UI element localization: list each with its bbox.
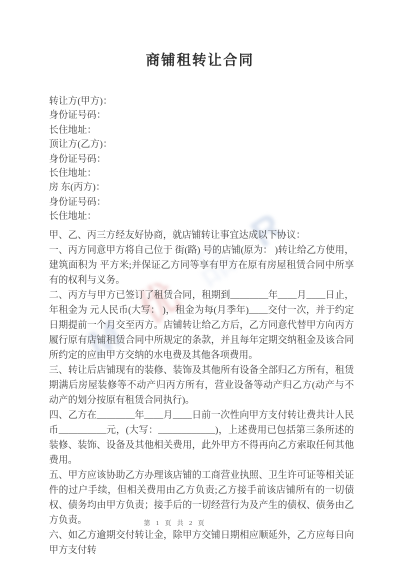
party-info-block: 转让方(甲方)： 身份证号码： 长住地址： 顶让方(乙方)： 身份证号码： 长住… xyxy=(49,95,354,225)
document-body: 转让方(甲方)： 身份证号码： 长住地址： 顶让方(乙方)： 身份证号码： 长住… xyxy=(49,95,354,559)
party-line-transferee: 顶让方(乙方)： xyxy=(49,138,354,152)
party-line-id-number: 身份证号码： xyxy=(49,109,354,123)
party-line-id-number: 身份证号码： xyxy=(49,153,354,167)
party-line-landlord: 房 东(丙方)： xyxy=(49,181,354,195)
party-line-address: 长住地址： xyxy=(49,167,354,181)
party-line-transferor: 转让方(甲方)： xyxy=(49,95,354,109)
party-line-address: 长住地址： xyxy=(49,124,354,138)
contract-page: M 优 品 R 商铺租转让合同 转让方(甲方)： 身份证号码： 长住地址： 顶让… xyxy=(0,0,400,565)
clause-3: 三、转让后店铺现有的装修、装饰及其他所有设备全部归乙方所有，租赁期满后房屋装修等… xyxy=(49,364,354,409)
clause-2: 二、丙方与甲方已签订了租赁合同，租期到________年____月____日止，… xyxy=(49,289,354,364)
agreement-intro-line: 甲、乙、丙三方经友好协商，就店铺转让事宜达成以下协议： xyxy=(49,229,354,244)
clause-1: 一、丙方同意甲方将自己位于 街(路) 号的店铺(原为： )转让给乙方使用，建筑面… xyxy=(49,244,354,289)
page-number-indicator: 第 1 页 共 2 页 xyxy=(0,518,350,527)
clause-4: 四、乙方在________年____月____日前一次性向甲方支付转让费共计人民… xyxy=(49,409,354,469)
party-line-id-number: 身份证号码： xyxy=(49,196,354,210)
clause-6-truncated: 六、如乙方逾期交付转让金，除甲方交铺日期相应顺延外，乙方应每日向甲方支付转 xyxy=(49,529,354,559)
party-line-address: 长住地址： xyxy=(49,210,354,224)
document-title: 商铺租转让合同 xyxy=(0,50,400,70)
